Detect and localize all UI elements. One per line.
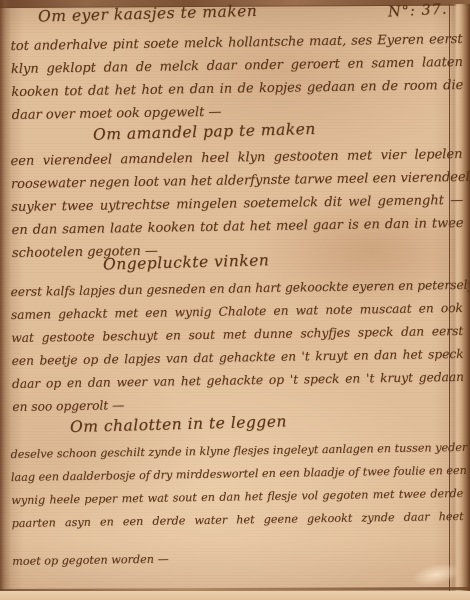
page-left-binding-edge [0,0,11,600]
manuscript-page: N°: 37. Om eyer kaasjes te maken tot and… [0,0,470,600]
recipe-ongepluckte-vinken: Ongepluckte vinken eerst kalfs lapjes du… [10,250,464,419]
recipe-line: moet op gegoten worden — [12,543,464,573]
recipe-chalotten-inleggen: Om chalotten in te leggen deselve schoon… [10,412,464,573]
recipe-eyer-kaasjes: Om eyer kaasjes te maken tot anderhalve … [10,1,464,127]
recipe-amandel-pap: Om amandel pap te maken een vierendeel a… [10,120,464,265]
